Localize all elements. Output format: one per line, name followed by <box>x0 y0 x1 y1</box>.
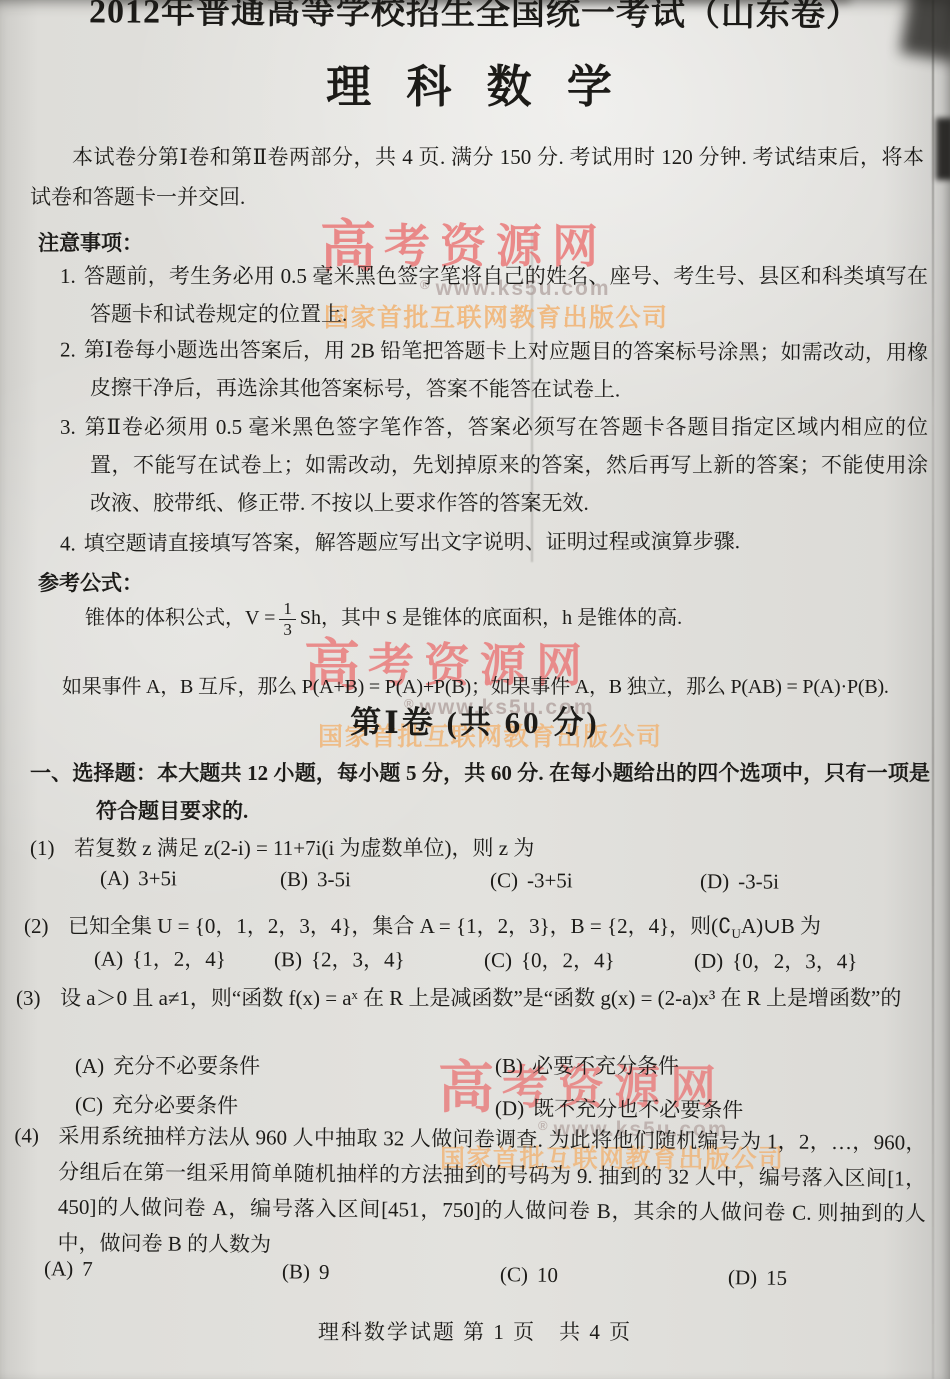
note-item-2: 2.第Ⅰ卷每小题选出答案后，用 2B 铅笔把答题卡上对应题目的答案标号涂黑；如需… <box>60 331 928 410</box>
volume-formula-prefix: 锥体的体积公式，V = <box>85 607 275 629</box>
note-item-3: 3.第Ⅱ卷必须用 0.5 毫米黑色签字笔作答，答案必须写在答题卡各题目指定区域内… <box>60 409 928 522</box>
option-label: (C) <box>490 868 518 892</box>
option-text: {2，3，4} <box>311 947 405 971</box>
option-label: (C) <box>500 1262 528 1286</box>
question-number: (3) <box>16 980 60 1016</box>
notes-heading: 注意事项： <box>38 227 143 257</box>
fraction-denominator: 3 <box>279 619 296 639</box>
stem-part: A)∪B 为 <box>741 914 821 938</box>
option-text: 15 <box>766 1266 787 1290</box>
question-2-options: (A){1，2，4} (B){2，3，4} (C){0，2，4} (D){0，2… <box>30 942 940 975</box>
option-c: (C)-3+5i <box>490 868 700 894</box>
option-label: (B) <box>282 1259 310 1283</box>
scan-dark-patch-right <box>936 118 950 180</box>
probability-formula: 如果事件 A，B 互斥，那么 P(A+B) = P(A)+P(B)；如果事件 A… <box>62 670 942 699</box>
option-label: (B) <box>495 1054 523 1078</box>
section1-instruction: 一、选择题：本大题共 12 小题，每小题 5 分，共 60 分. 在每小题给出的… <box>30 754 930 830</box>
reference-formulas-heading: 参考公式： <box>38 567 143 597</box>
option-a: (A)7 <box>44 1256 282 1284</box>
option-d: (D){0，2，3，4} <box>694 945 857 976</box>
option-text: 既不充分也不必要条件 <box>533 1096 743 1122</box>
option-label: (A) <box>100 866 129 890</box>
note-item-1: 1.答题前，考生务必用 0.5 毫米黑色签字笔将自己的姓名、座号、考生号、县区和… <box>60 258 928 334</box>
option-label: (B) <box>280 867 308 891</box>
question-stem: 设 a＞0 且 a≠1，则“函数 f(x) = aˣ 在 R 上是减函数”是“函… <box>60 980 926 1016</box>
subscript-u: U <box>732 926 741 941</box>
option-c: (C)充分必要条件 <box>75 1088 495 1122</box>
note-number: 4. <box>60 531 76 555</box>
question-3: (3) 设 a＞0 且 a≠1，则“函数 f(x) = aˣ 在 R 上是减函数… <box>16 980 926 1016</box>
option-text: 3-5i <box>317 867 351 891</box>
option-label: (D) <box>728 1265 757 1289</box>
question-stem: 采用系统抽样方法从 960 人中抽取 32 人做问卷调查. 为此将他们随机编号为… <box>57 1119 930 1269</box>
note-item-4: 4.填空题请直接填写答案，解答题应写出文字说明、证明过程或演算步骤. <box>60 522 928 563</box>
option-label: (D) <box>700 869 729 893</box>
option-label: (A) <box>44 1256 73 1280</box>
option-text: 3+5i <box>138 866 177 890</box>
option-label: (A) <box>75 1054 104 1078</box>
option-label: (D) <box>495 1096 524 1120</box>
section1-heading: 第Ⅰ卷 (共 60 分) <box>0 697 950 742</box>
option-text: {0，2，3，4} <box>732 949 857 973</box>
note-number: 1. <box>60 264 76 288</box>
note-number: 2. <box>60 337 76 361</box>
question-number: (1) <box>30 830 74 866</box>
subject-title: 理 科 数 学 <box>0 50 950 115</box>
note-number: 3. <box>60 415 76 439</box>
option-b: (B)9 <box>282 1259 500 1287</box>
option-label: (D) <box>694 949 723 973</box>
option-label: (B) <box>274 947 302 971</box>
question-stem: 已知全集 U = {0，1，2，3，4}，集合 A = {1，2，3}，B = … <box>68 908 924 946</box>
option-text: 7 <box>82 1257 93 1281</box>
option-d: (D)既不充分也不必要条件 <box>495 1092 743 1124</box>
option-label: (C) <box>75 1092 103 1116</box>
option-text: 10 <box>537 1263 558 1287</box>
option-text: {1，2，4} <box>132 947 226 971</box>
question-1-options: (A)3+5i (B)3-5i (C)-3+5i (D)-3-5i <box>30 866 940 896</box>
page-footer: 理科数学试题 第 1 页 共 4 页 <box>0 1316 950 1346</box>
option-a: (A)3+5i <box>100 866 280 892</box>
question-1: (1) 若复数 z 满足 z(2-i) = 11+7i(i 为虚数单位)，则 z… <box>30 830 924 866</box>
option-text: -3+5i <box>527 868 573 892</box>
option-text: -3-5i <box>738 869 779 893</box>
option-b: (B)必要不充分条件 <box>495 1050 679 1080</box>
option-text: 充分不必要条件 <box>113 1054 260 1078</box>
intro-paragraph: 本试卷分第Ⅰ卷和第Ⅱ卷两部分，共 4 页. 满分 150 分. 考试用时 120… <box>30 138 924 218</box>
question-number: (4) <box>13 1118 58 1261</box>
question-3-options-row-1: (A)充分不必要条件 (B)必要不充分条件 <box>30 1050 940 1080</box>
question-4: (4) 采用系统抽样方法从 960 人中抽取 32 人做问卷调查. 为此将他们随… <box>13 1118 930 1268</box>
option-text: {0，2，4} <box>521 948 615 972</box>
option-label: (C) <box>484 948 512 972</box>
question-2: (2) 已知全集 U = {0，1，2，3，4}，集合 A = {1，2，3}，… <box>24 908 924 946</box>
option-text: 必要不充分条件 <box>532 1054 679 1078</box>
option-b: (B)3-5i <box>280 867 490 893</box>
fraction-one-third: 13 <box>279 600 296 639</box>
exam-title: 2012年普通高等学校招生全国统一考试（山东卷） <box>0 0 950 36</box>
exam-paper-page: 高考资源网 ®www.ks5u.com 国家首批互联网教育出版公司 高考资源网 … <box>0 0 950 1379</box>
question-stem: 若复数 z 满足 z(2-i) = 11+7i(i 为虚数单位)，则 z 为 <box>74 830 924 866</box>
option-a: (A)充分不必要条件 <box>75 1050 495 1080</box>
note-text: 第Ⅰ卷每小题选出答案后，用 2B 铅笔把答题卡上对应题目的答案标号涂黑；如需改动… <box>84 338 928 402</box>
option-a: (A){1，2，4} <box>94 943 274 974</box>
option-c: (C){0，2，4} <box>484 944 694 975</box>
question-number: (2) <box>24 908 68 946</box>
note-text: 第Ⅱ卷必须用 0.5 毫米黑色签字笔作答，答案必须写在答题卡各题目指定区域内相应… <box>84 415 928 515</box>
note-text: 填空题请直接填写答案，解答题应写出文字说明、证明过程或演算步骤. <box>84 529 740 555</box>
option-label: (A) <box>94 947 123 971</box>
option-d: (D)-3-5i <box>700 869 779 894</box>
option-text: 9 <box>319 1260 330 1284</box>
option-c: (C)10 <box>500 1262 728 1290</box>
volume-formula: 锥体的体积公式，V =13Sh，其中 S 是锥体的底面积，h 是锥体的高. <box>85 600 682 639</box>
stem-part: 已知全集 U = {0，1，2，3，4}，集合 A = {1，2，3}，B = … <box>68 914 732 938</box>
volume-formula-suffix: Sh，其中 S 是锥体的底面积，h 是锥体的高. <box>300 607 682 629</box>
option-text: 充分必要条件 <box>112 1093 238 1118</box>
note-text: 答题前，考生务必用 0.5 毫米黑色签字笔将自己的姓名、座号、考生号、县区和科类… <box>84 264 928 326</box>
option-d: (D)15 <box>728 1265 787 1291</box>
fraction-numerator: 1 <box>279 600 296 619</box>
option-b: (B){2，3，4} <box>274 943 484 974</box>
